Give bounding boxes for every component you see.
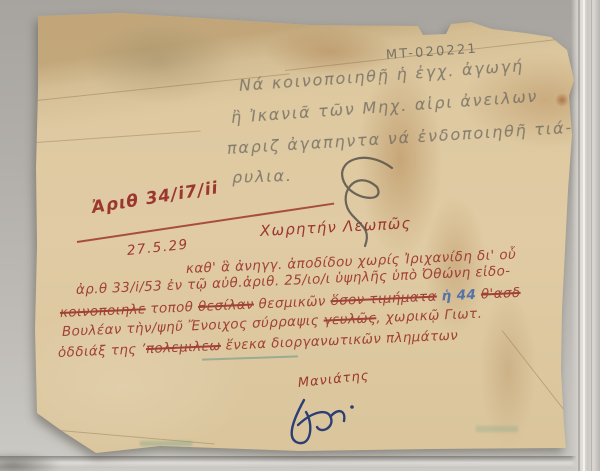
paper-crease — [36, 130, 201, 143]
rust-stain — [556, 92, 568, 108]
date-stamp: 27.5.29 — [126, 239, 189, 259]
paper-crease — [502, 330, 572, 419]
pencil-note-line: Νά κοινοποιηθῇ ἡ ἐγχ. ἀγωγή — [238, 58, 524, 94]
paper-wrapper: MT-020221 Νά κοινοποιηθῇ ἡ ἐγχ. ἀγωγή ἢ … — [0, 0, 600, 471]
signature — [292, 400, 354, 443]
manuscript-paper: MT-020221 Νά κοινοποιηθῇ ἡ ἐγχ. ἀγωγή ἢ … — [0, 0, 600, 471]
pencil-note-line: ρυλια. — [232, 168, 293, 186]
teal-underline-mark — [202, 355, 298, 360]
catalog-number: MT-020221 — [386, 43, 479, 62]
protocol-number: Ἀριθ 34/i7/ii — [91, 180, 220, 217]
pencil-note-line: παριζ ἀγαπηντα νά ἐνδοποιηθῆ τιά- — [227, 120, 574, 157]
teal-smudge — [476, 426, 518, 432]
pencil-note-line: ἢ Ἰκανιᾶ τῶν Μηχ. αἱρι ἀνειλων — [230, 89, 538, 126]
teal-smudge — [140, 441, 192, 446]
red-address-line: Χωρητήν Λεωπῶς — [260, 216, 412, 239]
photo-of-archival-document: MT-020221 Νά κοινοποιηθῇ ἡ ἐγχ. ἀγωγή ἢ … — [0, 0, 600, 471]
red-closing-word: Μανιάτης — [297, 370, 370, 390]
paper-fold-line — [0, 0, 2, 52]
